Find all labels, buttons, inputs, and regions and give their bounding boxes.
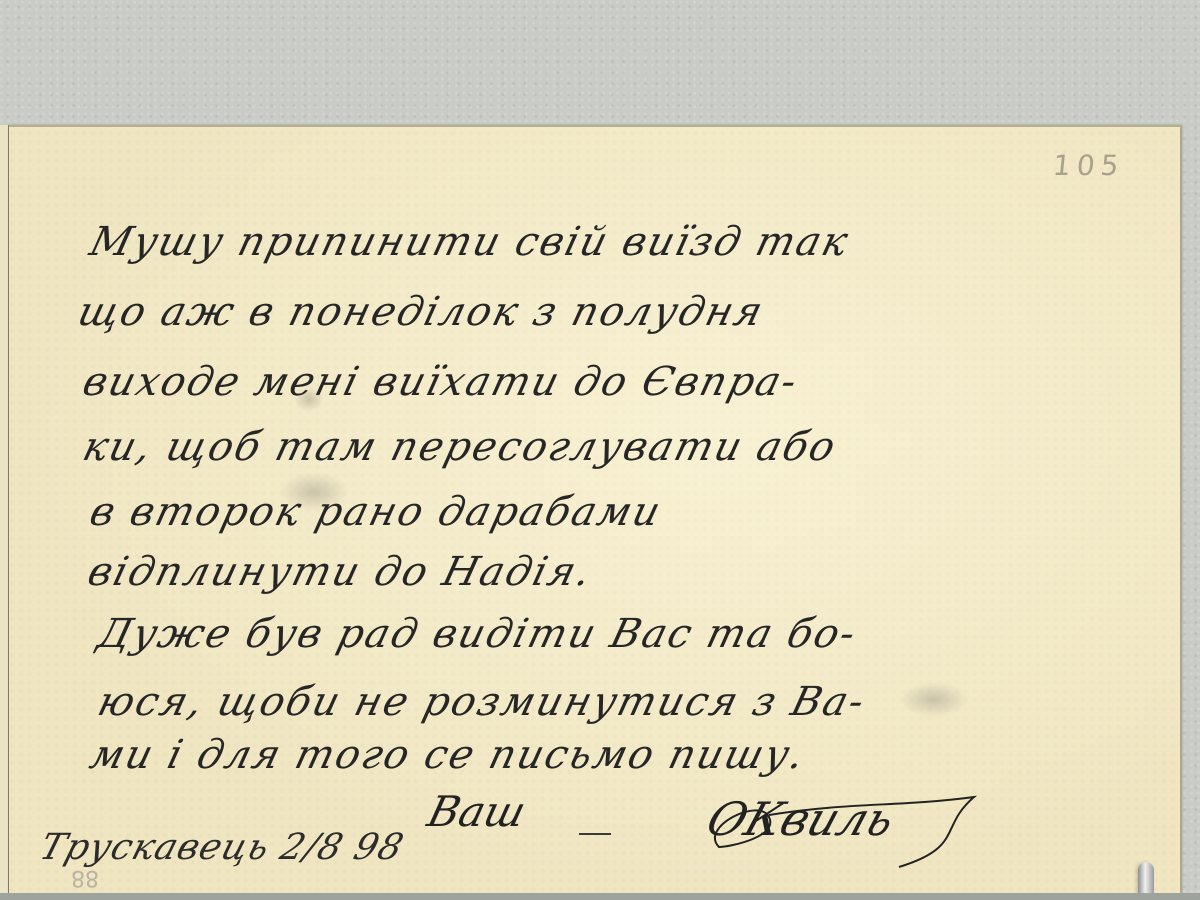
closing-underline — [579, 833, 611, 835]
letter-line-4: ки, щоб там пересоглувати або — [79, 427, 841, 467]
place-and-date: Трускавець 2/8 98 — [35, 827, 408, 868]
pencil-mark: 88 — [71, 865, 99, 890]
letter-line-2: що аж в понеділок з полудня — [74, 292, 768, 332]
ink-smudge — [899, 682, 969, 717]
letter-line-1: Мушу припинити свій виїзд так — [86, 222, 853, 262]
closing-salutation: Ваш — [423, 787, 531, 836]
signature: ОКвиль — [700, 792, 902, 846]
letter-line-6: відплинути до Надія. — [84, 552, 597, 592]
letter-line-5: в второк рано дарабами — [86, 492, 666, 532]
letter-line-9: ми і для того се письмо пишу. — [86, 735, 810, 775]
mount-edge — [0, 893, 1200, 900]
letter-line-3: виходе мені виїхати до Євпра- — [79, 362, 803, 402]
postcard: 105 Мушу припинити свій виїзд так що аж … — [9, 125, 1182, 894]
letter-line-7: Дуже був рад видіти Вас та бо- — [94, 614, 861, 654]
letter-line-8: юся, щоби не розминутися з Ва- — [94, 682, 870, 722]
adjacent-card-edge — [0, 125, 9, 895]
archive-number: 105 — [1051, 149, 1126, 182]
